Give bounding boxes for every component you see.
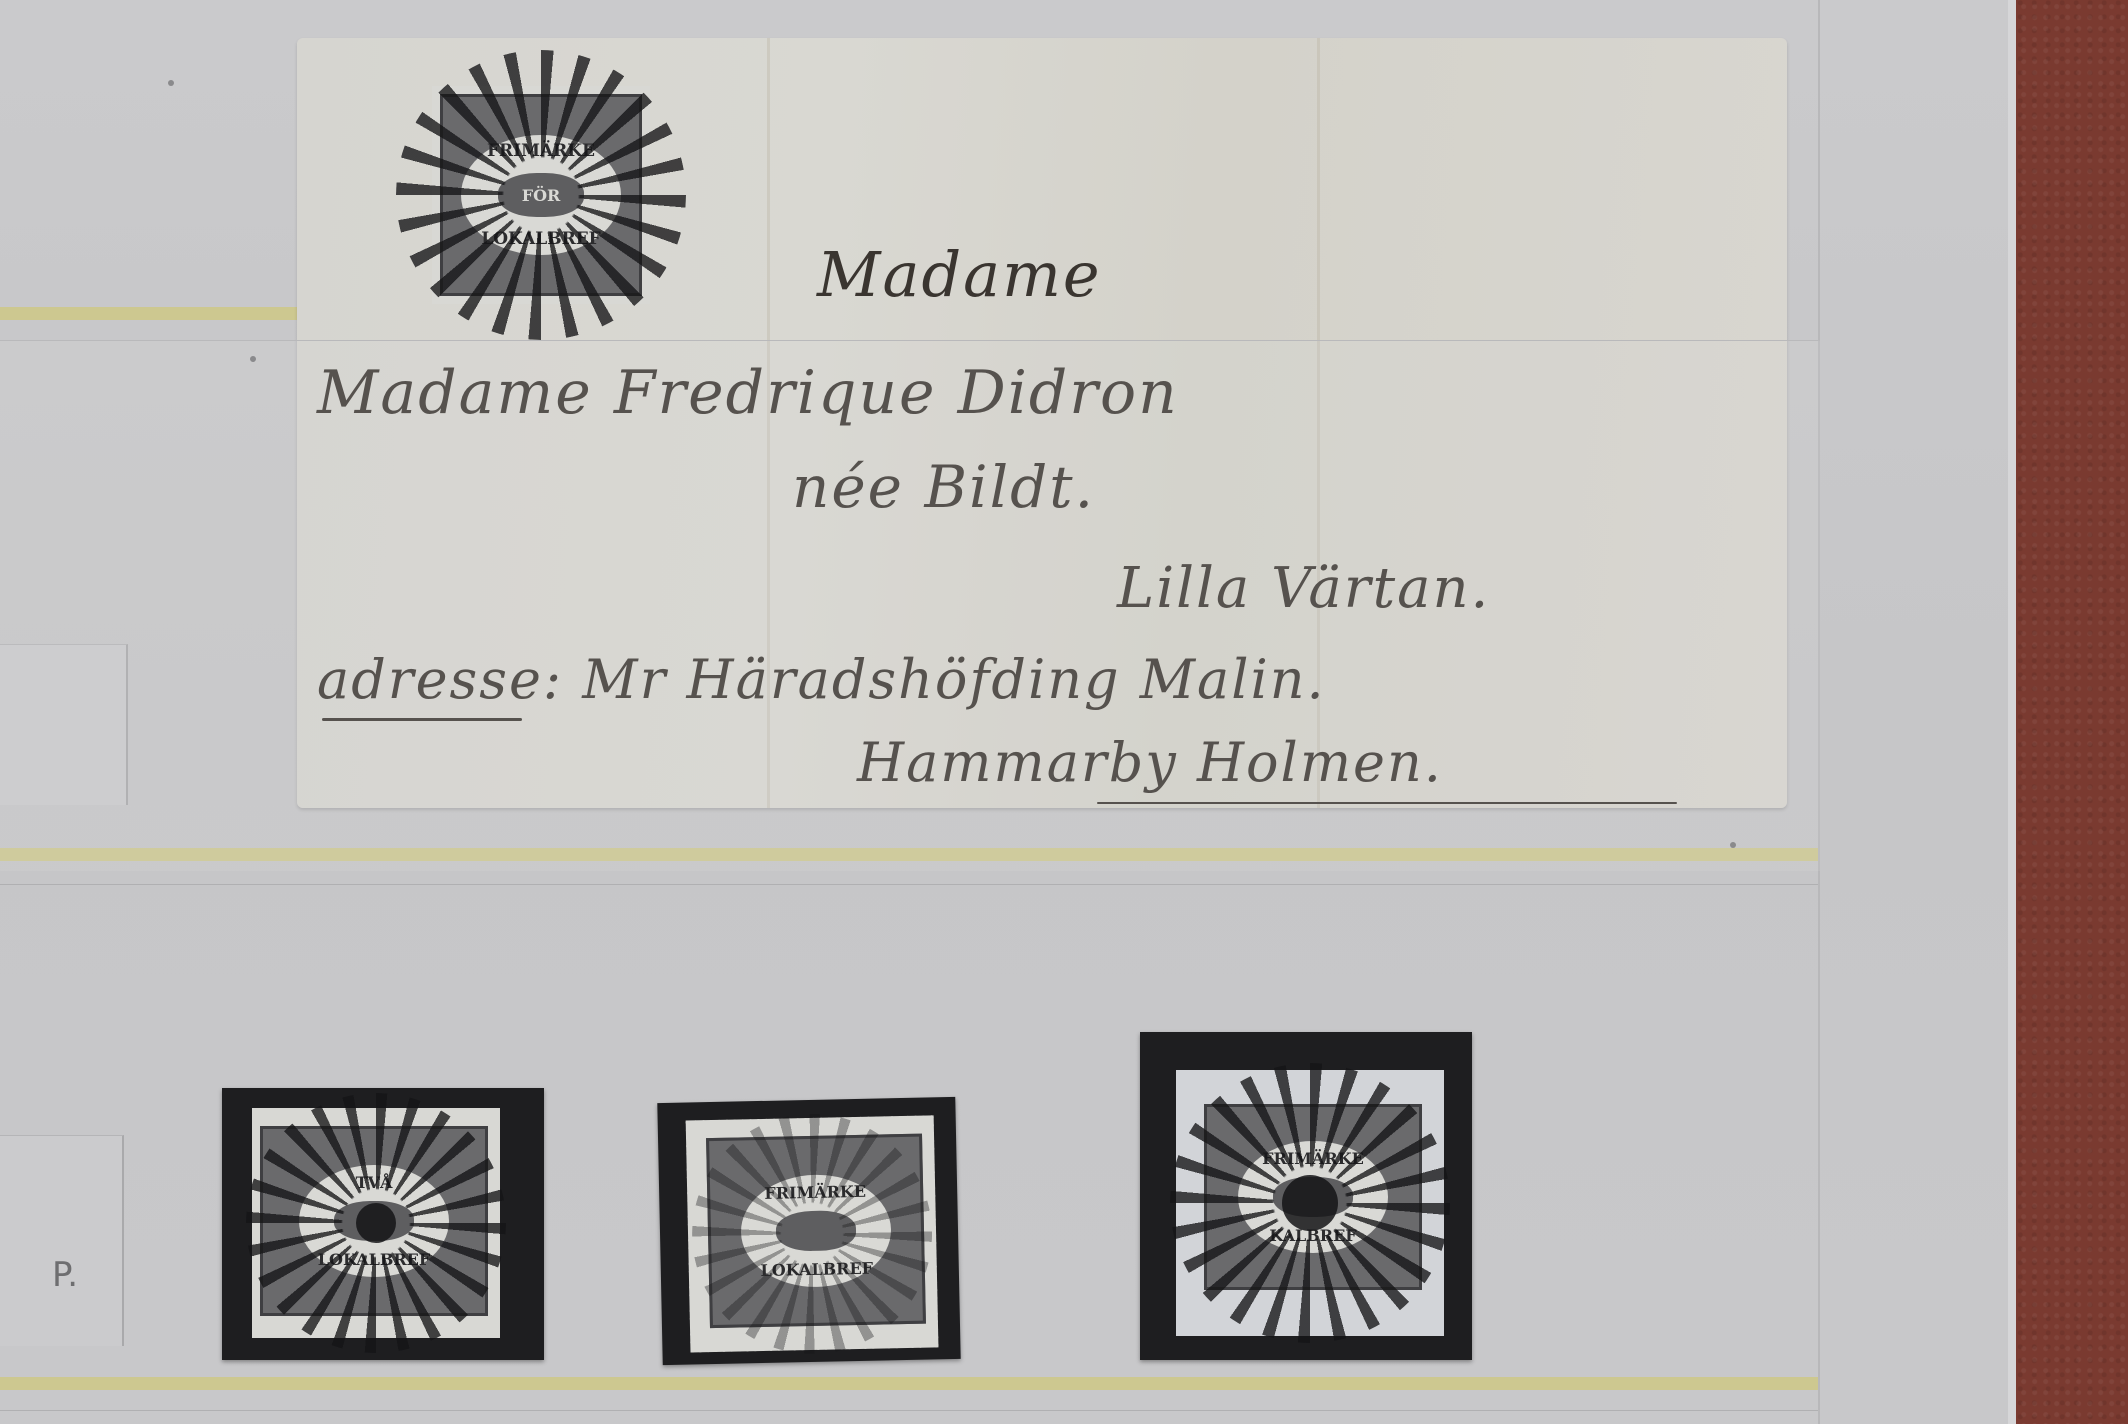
- mount-strip-bottom: [0, 1377, 1818, 1390]
- stamp-mount-1: TVÅ LOKALBREF: [222, 1088, 544, 1360]
- left-pocket-lower: [0, 1135, 124, 1346]
- pocket-label: P.: [52, 1255, 78, 1295]
- mount-strip-middle: [0, 848, 1818, 861]
- address-underline: [1097, 802, 1677, 804]
- cover-stamp: FRIMÄRKE FÖR LOKALBREF: [432, 86, 650, 304]
- letter-cover: FRIMÄRKE FÖR LOKALBREF Madame Madame Fre…: [297, 38, 1787, 808]
- left-pocket-upper: [0, 644, 128, 805]
- pocket-divider: [1818, 0, 1820, 1424]
- page-speck: [168, 80, 174, 86]
- address-line-5: adresse: Mr Häradshöfding Malin.: [317, 648, 1326, 711]
- address-underline: [322, 718, 522, 721]
- stamp-3: FRIMÄRKE KALBREF: [1176, 1070, 1444, 1336]
- page-speck: [1730, 842, 1736, 848]
- address-line-3: née Bildt.: [792, 453, 1095, 521]
- stamp-mount-2: FRIMÄRKE LOKALBREF: [657, 1097, 960, 1365]
- strip-line: [0, 340, 300, 341]
- strip-line: [0, 884, 1818, 885]
- stamp-1: TVÅ LOKALBREF: [252, 1108, 500, 1338]
- leather-album-cover: [2016, 0, 2128, 1424]
- stamp-2: FRIMÄRKE LOKALBREF: [686, 1115, 939, 1352]
- strip-line: [0, 1410, 1818, 1411]
- address-line-6: Hammarby Holmen.: [857, 731, 1443, 794]
- cancel-center: [1282, 1175, 1338, 1231]
- address-line-2: Madame Fredrique Didron: [317, 358, 1179, 428]
- mount-strip-top: [0, 307, 300, 320]
- page-edge: [2008, 0, 2016, 1424]
- cancel-center: [356, 1203, 396, 1243]
- address-line-4: Lilla Värtan.: [1117, 556, 1490, 621]
- stamp-mount-3: FRIMÄRKE KALBREF: [1140, 1032, 1472, 1360]
- page-speck: [250, 356, 256, 362]
- postmark-cancel: [396, 50, 686, 340]
- address-line-1: Madame: [817, 238, 1102, 311]
